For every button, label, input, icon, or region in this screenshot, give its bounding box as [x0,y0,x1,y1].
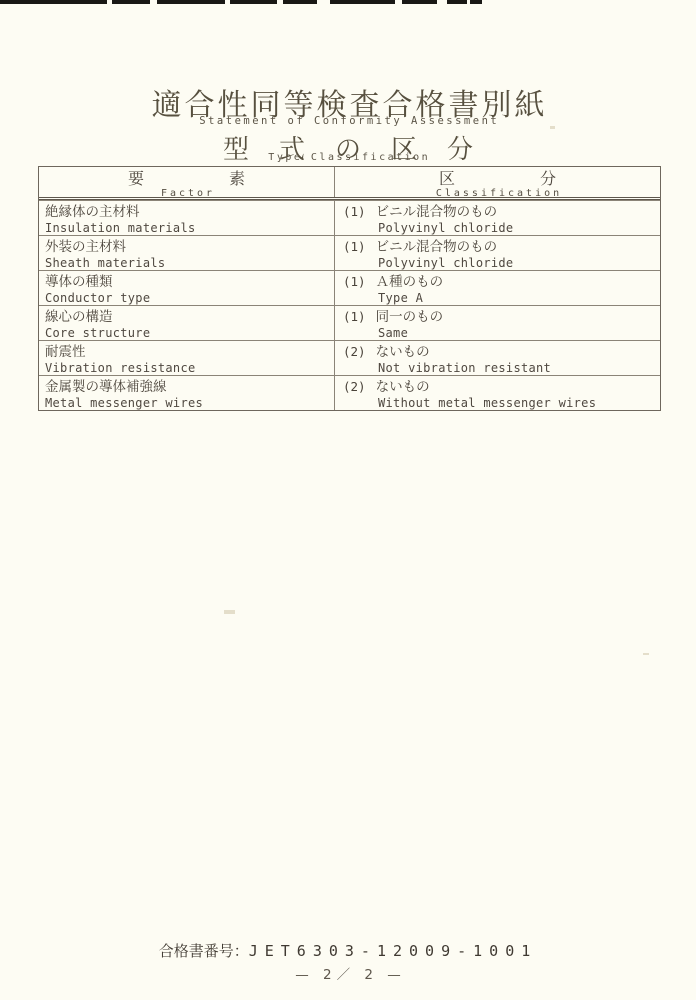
table-row: 絶縁体の主材料 Insulation materials (1)ビニル混合物のも… [39,200,660,235]
classification-english: Type A [343,291,656,305]
factor-english: Vibration resistance [45,361,330,375]
scan-artifact-segment [283,0,317,4]
table-row: 金属製の導体補強線 Metal messenger wires (2)ないもの … [39,375,660,410]
scan-artifact-segment [330,0,395,4]
table-row: 外装の主材料 Sheath materials (1)ビニル混合物のもの Pol… [39,235,660,270]
classification-cell: (2)ないもの Without metal messenger wires [335,376,660,410]
classification-japanese: ビニル混合物のもの [376,239,498,255]
header-classification-japanese: 区分 [335,170,660,188]
certificate-number-label: 合格書番号： [159,942,249,960]
classification-english: Without metal messenger wires [343,396,656,410]
factor-english: Conductor type [45,291,330,305]
factor-cell: 導体の種類 Conductor type [39,271,335,305]
factor-cell: 線心の構造 Core structure [39,306,335,340]
classification-number: (2) [343,379,366,395]
factor-japanese: 線心の構造 [45,309,330,326]
classification-english: Polyvinyl chloride [343,221,656,235]
classification-cell: (1)ビニル混合物のもの Polyvinyl chloride [335,236,660,270]
classification-number: (1) [343,204,366,220]
scan-smudge [643,653,649,655]
section-title-english: Type Classification [0,152,696,163]
scan-artifact-segment [402,0,437,4]
classification-number: (1) [343,239,366,255]
scan-artifact-segment [157,0,225,4]
factor-english: Core structure [45,326,330,340]
scan-artifact-segment [470,0,482,4]
classification-japanese: Ａ種のもの [376,274,444,290]
factor-japanese: 導体の種類 [45,274,330,291]
factor-japanese: 耐震性 [45,344,330,361]
factor-cell: 金属製の導体補強線 Metal messenger wires [39,376,335,410]
header-classification-cell: 区分 Classification [335,167,660,197]
classification-cell: (1)ビニル混合物のもの Polyvinyl chloride [335,201,660,235]
certificate-number-value: JET6303-12009-1001 [249,942,538,960]
classification-cell: (1)Ａ種のもの Type A [335,271,660,305]
header-factor-english: Factor [39,188,334,200]
classification-english: Polyvinyl chloride [343,256,656,270]
header-classification-english: Classification [335,188,660,200]
classification-japanese: ビニル混合物のもの [376,204,498,220]
classification-number: (1) [343,309,366,325]
classification-japanese: 同一のもの [376,309,444,325]
factor-japanese: 外装の主材料 [45,239,330,256]
table-row: 線心の構造 Core structure (1)同一のもの Same [39,305,660,340]
classification-japanese: ないもの [376,344,430,360]
scan-artifact-segment [112,0,150,4]
factor-cell: 絶縁体の主材料 Insulation materials [39,201,335,235]
header-factor-cell: 要素 Factor [39,167,335,197]
certificate-number-line: 合格書番号：JET6303-12009-1001 [0,940,696,961]
type-classification-table: 要素 Factor 区分 Classification 絶縁体の主材料 Insu… [38,166,661,411]
scan-smudge [224,610,235,614]
factor-cell: 耐震性 Vibration resistance [39,341,335,375]
document-title-english: Statement of Conformity Assessment [0,115,696,127]
factor-japanese: 絶縁体の主材料 [45,204,330,221]
factor-japanese: 金属製の導体補強線 [45,379,330,396]
table-row: 導体の種類 Conductor type (1)Ａ種のもの Type A [39,270,660,305]
classification-number: (1) [343,274,366,290]
classification-cell: (2)ないもの Not vibration resistant [335,341,660,375]
classification-english: Not vibration resistant [343,361,656,375]
classification-japanese: ないもの [376,379,430,395]
factor-cell: 外装の主材料 Sheath materials [39,236,335,270]
classification-number: (2) [343,344,366,360]
scan-artifact-segment [230,0,277,4]
factor-english: Sheath materials [45,256,330,270]
scan-artifact-segment [0,0,107,4]
table-header-row: 要素 Factor 区分 Classification [39,167,660,200]
table-row: 耐震性 Vibration resistance (2)ないもの Not vib… [39,340,660,375]
factor-english: Metal messenger wires [45,396,330,410]
factor-english: Insulation materials [45,221,330,235]
scan-artifact-segment [447,0,467,4]
classification-english: Same [343,326,656,340]
header-factor-japanese: 要素 [39,170,334,188]
classification-cell: (1)同一のもの Same [335,306,660,340]
page-indicator: — 2／ 2 — [0,963,696,983]
